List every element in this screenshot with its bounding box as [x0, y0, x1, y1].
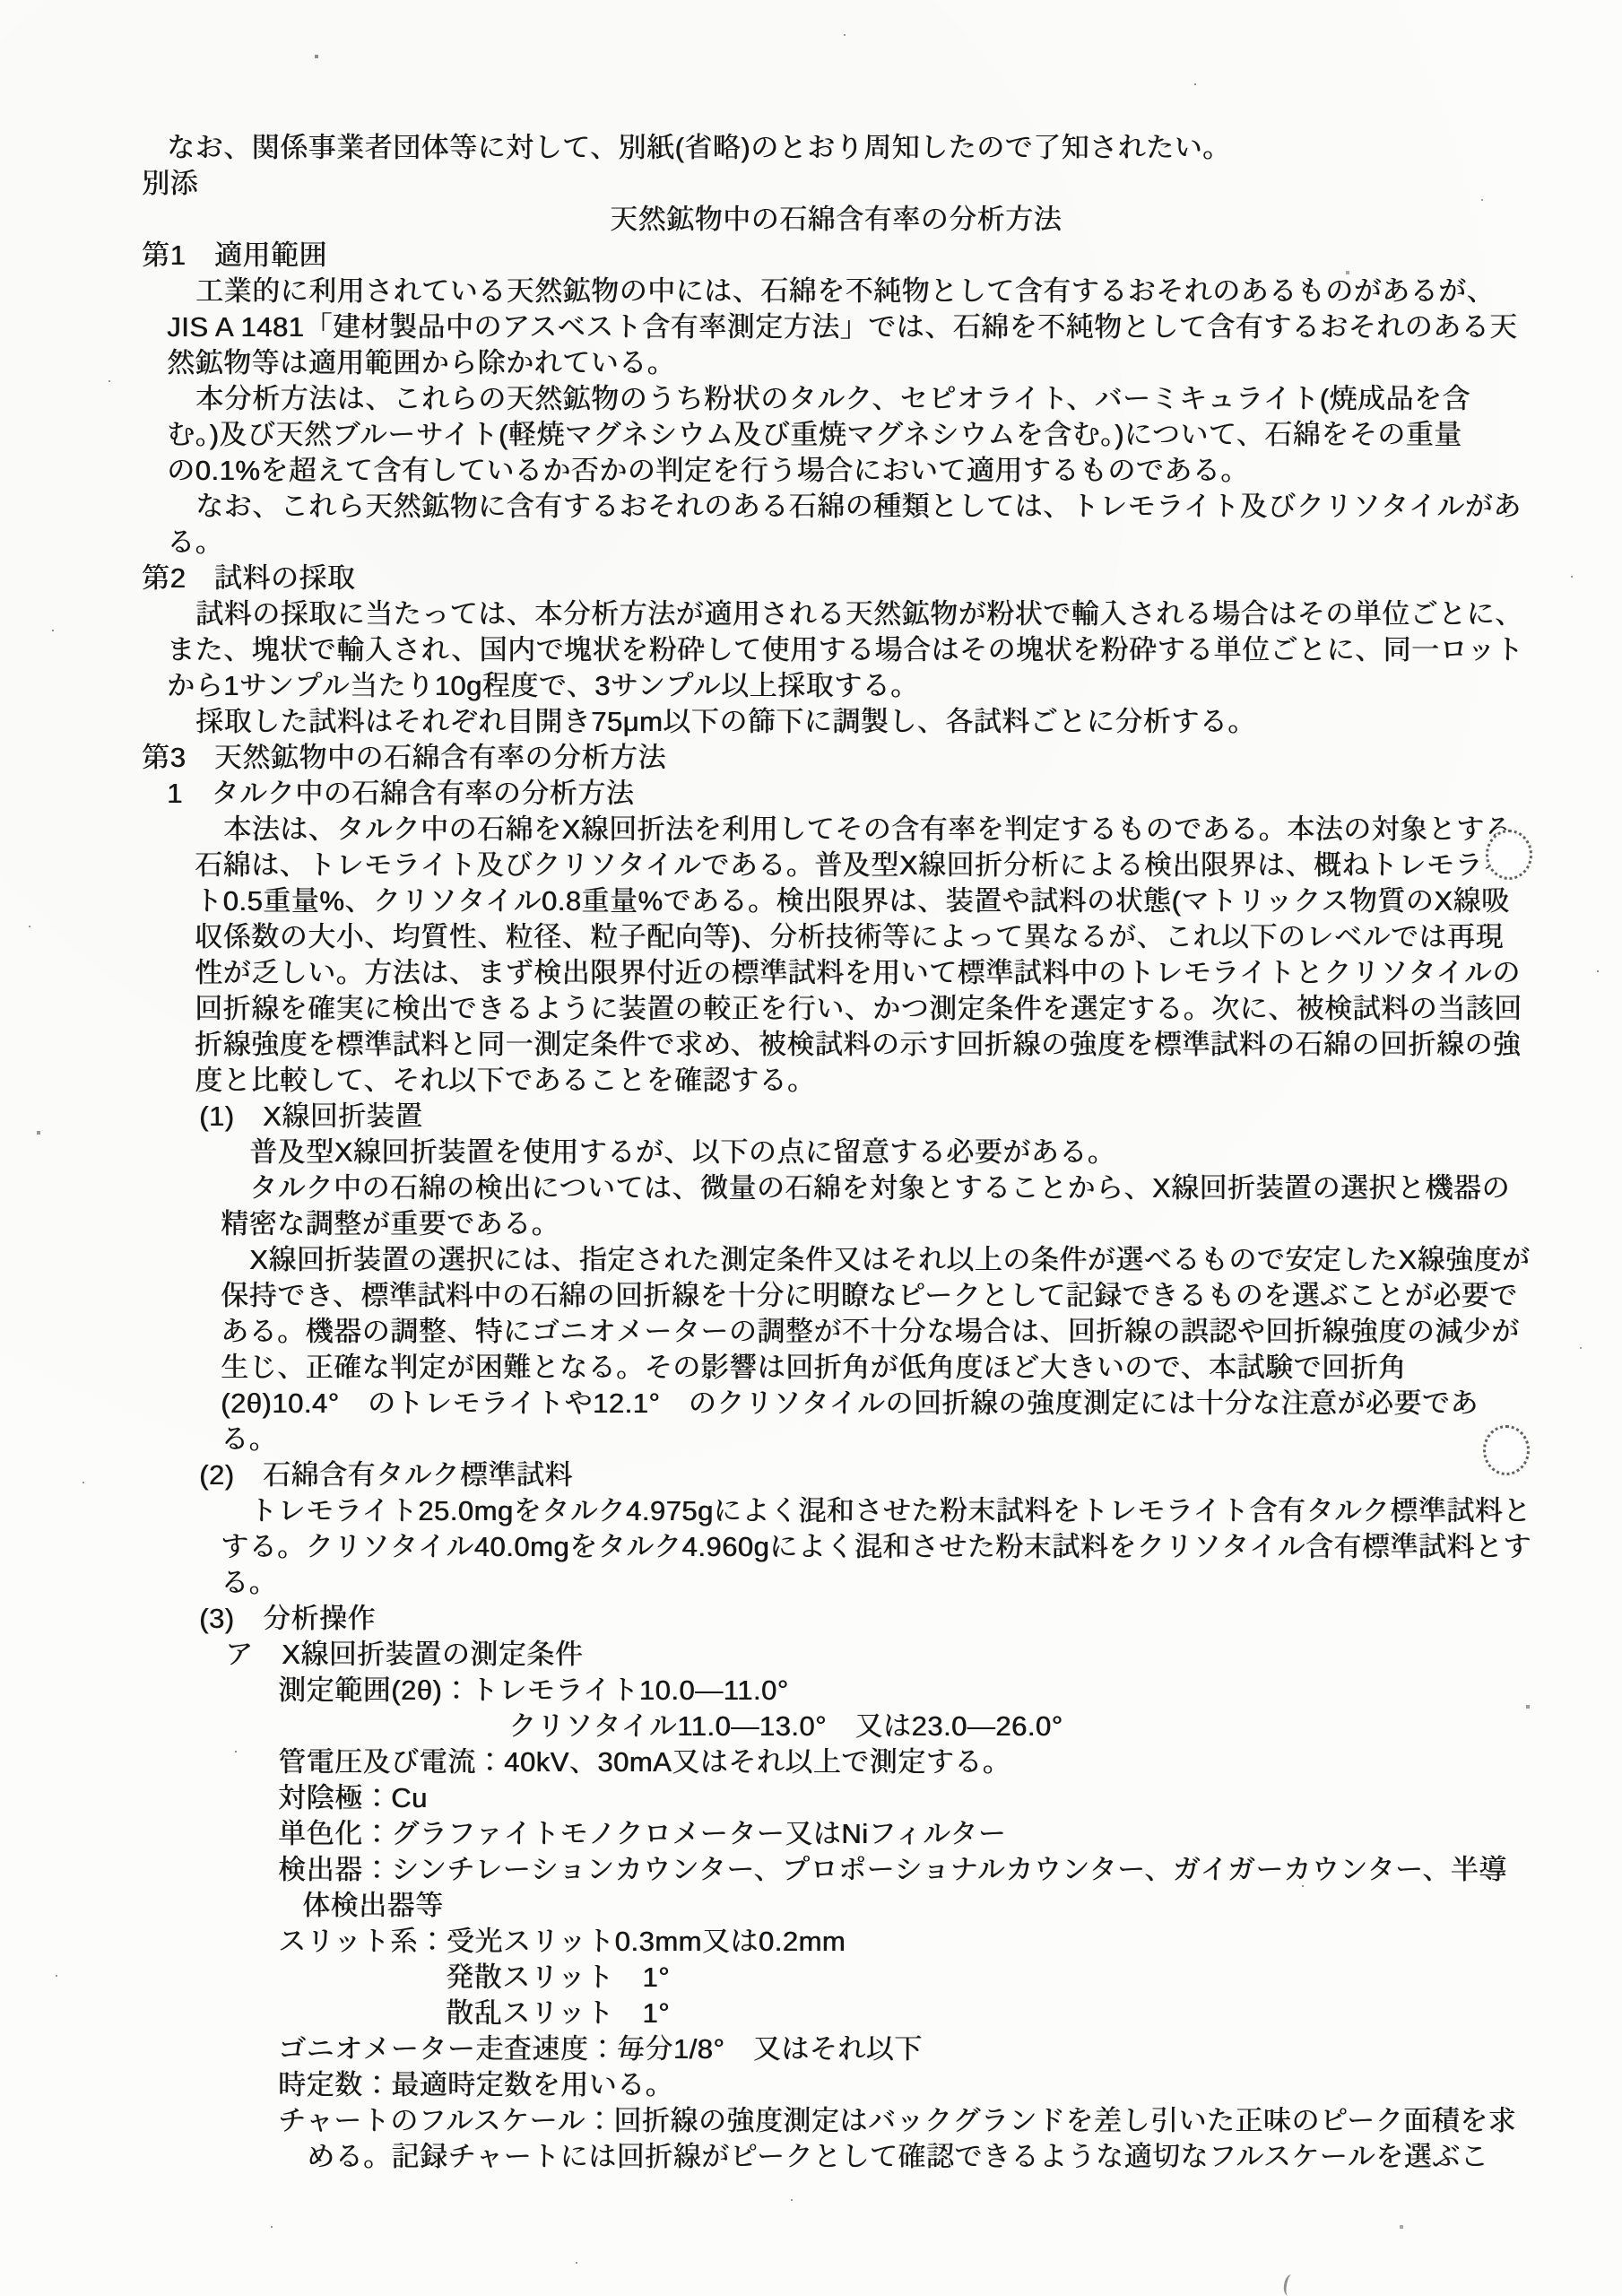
text-line: 管電圧及び電流：40kV、30mA又はそれ以上で測定する。 — [0, 1744, 1622, 1780]
text-line: 第1 適用範囲 — [0, 238, 1622, 274]
text-line: 採取した試料はそれぞれ目開き75μm以下の篩下に調製し、各試料ごとに分析する。 — [0, 704, 1622, 740]
text-line: ト0.5重量%、クリソタイル0.8重量%である。検出限界は、装置や試料の状態(マ… — [0, 883, 1622, 919]
text-line: トレモライト25.0mgをタルク4.975gによく混和させた粉末試料をトレモライ… — [0, 1493, 1622, 1529]
text-line: 工業的に利用されている天然鉱物の中には、石綿を不純物として含有するおそれのあるも… — [0, 274, 1622, 309]
text-line: める。記録チャートには回折線がピークとして確認できるような適切なフルスケールを選… — [0, 2139, 1622, 2175]
text-line: 発散スリット 1° — [0, 1960, 1622, 1996]
text-line: クリソタイル11.0—13.0° 又は23.0—26.0° — [0, 1709, 1622, 1744]
text-line: 普及型X線回折装置を使用するが、以下の点に留意する必要がある。 — [0, 1135, 1622, 1170]
text-line: 単色化：グラファイトモノクロメーター又はNiフィルター — [0, 1816, 1622, 1852]
document-page: なお、関係事業者団体等に対して、別紙(省略)のとおり周知したので了知されたい。別… — [0, 0, 1622, 2296]
text-line: なお、これら天然鉱物に含有するおそれのある石綿の種類としては、トレモライト及びク… — [0, 489, 1622, 525]
text-line: なお、関係事業者団体等に対して、別紙(省略)のとおり周知したので了知されたい。 — [0, 130, 1622, 166]
text-line: ゴニオメーター走査速度：毎分1/8° 又はそれ以下 — [0, 2031, 1622, 2067]
text-line: 石綿は、トレモライト及びクリソタイルである。普及型X線回折分析による検出限界は、… — [0, 848, 1622, 883]
text-line: む。)及び天然ブルーサイト(軽焼マグネシウム及び重焼マグネシウムを含む。)につい… — [0, 417, 1622, 453]
text-line: 収係数の大小、均質性、粒径、粒子配向等)、分析技術等によって異なるが、これ以下の… — [0, 919, 1622, 955]
text-line: 第2 試料の採取 — [0, 561, 1622, 596]
text-line: 対陰極：Cu — [0, 1780, 1622, 1816]
text-line: る。 — [0, 525, 1622, 561]
text-line: (3) 分析操作 — [0, 1601, 1622, 1637]
text-line: 本法は、タルク中の石綿をX線回折法を利用してその含有率を判定するものである。本法… — [0, 812, 1622, 848]
text-line: X線回折装置の選択には、指定された測定条件又はそれ以上の条件が選べるもので安定し… — [0, 1242, 1622, 1278]
text-line: 別添 — [0, 166, 1622, 202]
text-line: する。クリソタイル40.0mgをタルク4.960gによく混和させた粉末試料をクリ… — [0, 1529, 1622, 1565]
punch-hole-icon — [1483, 1425, 1530, 1475]
text-line: る。 — [0, 1565, 1622, 1601]
text-line: JIS A 1481「建材製品中のアスベスト含有率測定方法」では、石綿を不純物と… — [0, 309, 1622, 345]
text-line: (2θ)10.4° のトレモライトや12.1° のクリソタイルの回折線の強度測定… — [0, 1386, 1622, 1422]
text-line: る。 — [0, 1422, 1622, 1457]
text-line: チャートのフルスケール：回折線の強度測定はバックグランドを差し引いた正味のピーク… — [0, 2103, 1622, 2139]
text-line: 度と比較して、それ以下であることを確認する。 — [0, 1063, 1622, 1099]
text-line: 時定数：最適時定数を用いる。 — [0, 2067, 1622, 2103]
text-line: 散乱スリット 1° — [0, 1996, 1622, 2031]
text-line: 生じ、正確な判定が困難となる。その影響は回折角が低角度ほど大きいので、本試験で回… — [0, 1350, 1622, 1386]
text-line: 保持でき、標準試料中の石綿の回折線を十分に明瞭なピークとして記録できるものを選ぶ… — [0, 1278, 1622, 1314]
text-line: 折線強度を標準試料と同一測定条件で求め、被検試料の示す回折線の強度を標準試料の石… — [0, 1027, 1622, 1063]
punch-hole-icon — [1486, 830, 1532, 880]
text-line: 検出器：シンチレーションカウンター、プロポーショナルカウンター、ガイガーカウンタ… — [0, 1852, 1622, 1888]
text-line: 精密な調整が重要である。 — [0, 1206, 1622, 1242]
text-line: タルク中の石綿の検出については、微量の石綿を対象とすることから、X線回折装置の選… — [0, 1170, 1622, 1206]
text-line: 天然鉱物中の石綿含有率の分析方法 — [0, 202, 1622, 238]
document-text: なお、関係事業者団体等に対して、別紙(省略)のとおり周知したので了知されたい。別… — [0, 130, 1622, 2175]
text-line: 1 タルク中の石綿含有率の分析方法 — [0, 776, 1622, 812]
text-line: (2) 石綿含有タルク標準試料 — [0, 1457, 1622, 1493]
text-line: ある。機器の調整、特にゴニオメーターの調整が不十分な場合は、回折線の誤認や回折線… — [0, 1314, 1622, 1350]
text-line: 性が乏しい。方法は、まず検出限界付近の標準試料を用いて標準試料中のトレモライトと… — [0, 955, 1622, 991]
scan-stray-mark — [1282, 2274, 1297, 2296]
text-line: (1) X線回折装置 — [0, 1099, 1622, 1135]
text-line: ア X線回折装置の測定条件 — [0, 1637, 1622, 1673]
text-line: 第3 天然鉱物中の石綿含有率の分析方法 — [0, 740, 1622, 776]
text-line: 試料の採取に当たっては、本分析方法が適用される天然鉱物が粉状で輸入される場合はそ… — [0, 596, 1622, 632]
text-line: 体検出器等 — [0, 1888, 1622, 1924]
text-line: 本分析方法は、これらの天然鉱物のうち粉状のタルク、セピオライト、バーミキュライト… — [0, 381, 1622, 417]
scan-noise — [0, 0, 2, 2]
text-line: 然鉱物等は適用範囲から除かれている。 — [0, 345, 1622, 381]
text-line: スリット系：受光スリット0.3mm又は0.2mm — [0, 1924, 1622, 1960]
text-line: から1サンプル当たり10g程度で、3サンプル以上採取する。 — [0, 668, 1622, 704]
text-line: 測定範囲(2θ)：トレモライト10.0—11.0° — [0, 1673, 1622, 1709]
text-line: 回折線を確実に検出できるように装置の較正を行い、かつ測定条件を選定する。次に、被… — [0, 991, 1622, 1027]
text-line: の0.1%を超えて含有しているか否かの判定を行う場合において適用するものである。 — [0, 453, 1622, 489]
text-line: また、塊状で輸入され、国内で塊状を粉砕して使用する場合はその塊状を粉砕する単位ご… — [0, 632, 1622, 668]
